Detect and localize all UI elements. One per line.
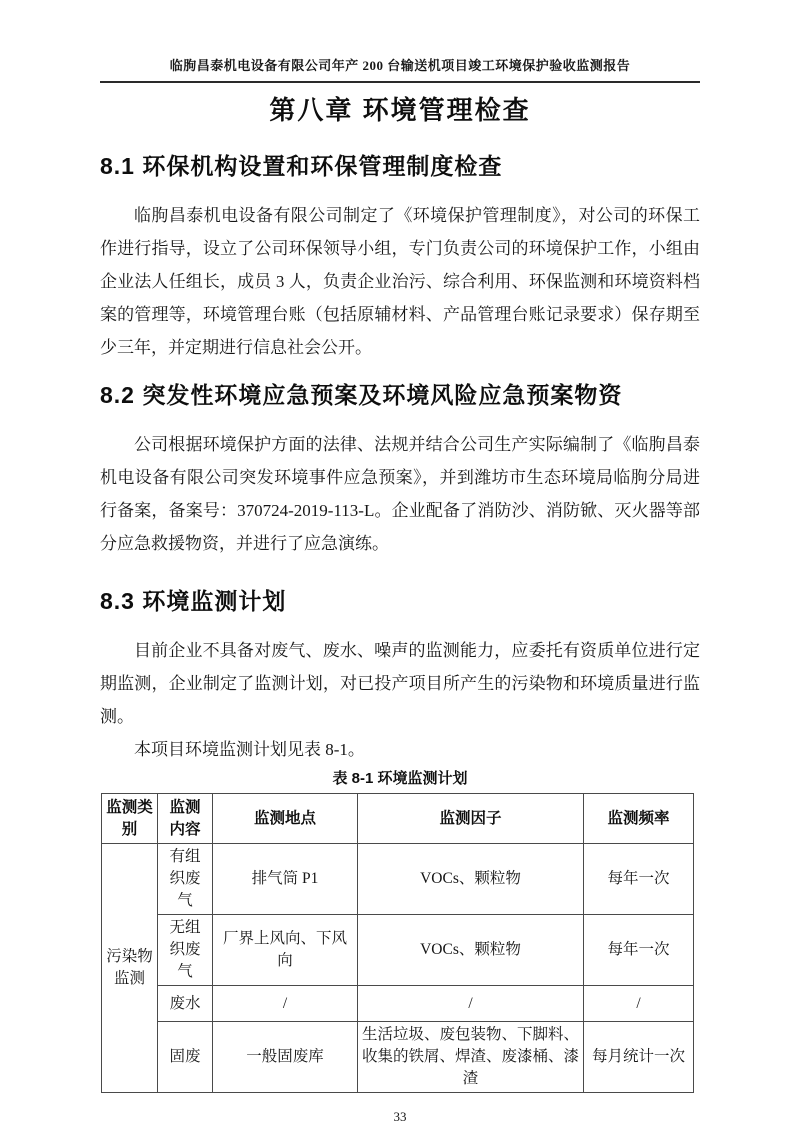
monitoring-plan-table: 监测类别 监测内容 监测地点 监测因子 监测频率 污染物监测 有组织废气 排气筒…	[101, 793, 694, 1093]
cell-content: 有组织废气	[158, 844, 213, 915]
cell-location: 厂界上风向、下风向	[213, 915, 358, 986]
cell-content: 无组织废气	[158, 915, 213, 986]
section-heading-8-3: 8.3 环境监测计划	[100, 586, 700, 616]
table-caption: 表 8-1 环境监测计划	[100, 768, 700, 789]
column-header-frequency: 监测频率	[584, 794, 694, 844]
cell-content: 固废	[158, 1022, 213, 1093]
paragraph-8-1: 临朐昌泰机电设备有限公司制定了《环境保护管理制度》，对公司的环保工作进行指导，设…	[100, 199, 700, 364]
cell-factors: /	[358, 986, 584, 1022]
section-heading-8-1: 8.1 环保机构设置和环保管理制度检查	[100, 151, 700, 181]
cell-location: /	[213, 986, 358, 1022]
chapter-title: 第八章 环境管理检查	[100, 93, 700, 127]
paragraph-table-reference: 本项目环境监测计划见表 8-1。	[100, 733, 700, 766]
cell-factors: VOCs、颗粒物	[358, 844, 584, 915]
report-page: 临朐昌泰机电设备有限公司年产 200 台输送机项目竣工环境保护验收监测报告 第八…	[0, 0, 800, 1131]
cell-frequency: 每年一次	[584, 915, 694, 986]
cell-frequency: 每年一次	[584, 844, 694, 915]
paragraph-8-2: 公司根据环境保护方面的法律、法规并结合公司生产实际编制了《临朐昌泰机电设备有限公…	[100, 428, 700, 560]
table-row-unorganized-exhaust: 无组织废气 厂界上风向、下风向 VOCs、颗粒物 每年一次	[102, 915, 694, 986]
page-number: 33	[100, 1109, 700, 1125]
section-heading-8-2: 8.2 突发性环境应急预案及环境风险应急预案物资	[100, 380, 700, 410]
cell-content: 废水	[158, 986, 213, 1022]
column-header-category: 监测类别	[102, 794, 158, 844]
column-header-content: 监测内容	[158, 794, 213, 844]
table-row-organized-exhaust: 污染物监测 有组织废气 排气筒 P1 VOCs、颗粒物 每年一次	[102, 844, 694, 915]
running-header: 临朐昌泰机电设备有限公司年产 200 台输送机项目竣工环境保护验收监测报告	[100, 0, 700, 83]
cell-location: 排气筒 P1	[213, 844, 358, 915]
cell-location: 一般固废库	[213, 1022, 358, 1093]
paragraph-8-3: 目前企业不具备对废气、废水、噪声的监测能力，应委托有资质单位进行定期监测，企业制…	[100, 634, 700, 733]
cell-factors: 生活垃圾、废包装物、下脚料、收集的铁屑、焊渣、废漆桶、漆渣	[358, 1022, 584, 1093]
cell-frequency: 每月统计一次	[584, 1022, 694, 1093]
table-row-wastewater: 废水 / / /	[102, 986, 694, 1022]
cell-factors: VOCs、颗粒物	[358, 915, 584, 986]
column-header-location: 监测地点	[213, 794, 358, 844]
cell-frequency: /	[584, 986, 694, 1022]
table-row-solid-waste: 固废 一般固废库 生活垃圾、废包装物、下脚料、收集的铁屑、焊渣、废漆桶、漆渣 每…	[102, 1022, 694, 1093]
column-header-factors: 监测因子	[358, 794, 584, 844]
cell-category-pollutant-monitoring: 污染物监测	[102, 844, 158, 1093]
table-header-row: 监测类别 监测内容 监测地点 监测因子 监测频率	[102, 794, 694, 844]
